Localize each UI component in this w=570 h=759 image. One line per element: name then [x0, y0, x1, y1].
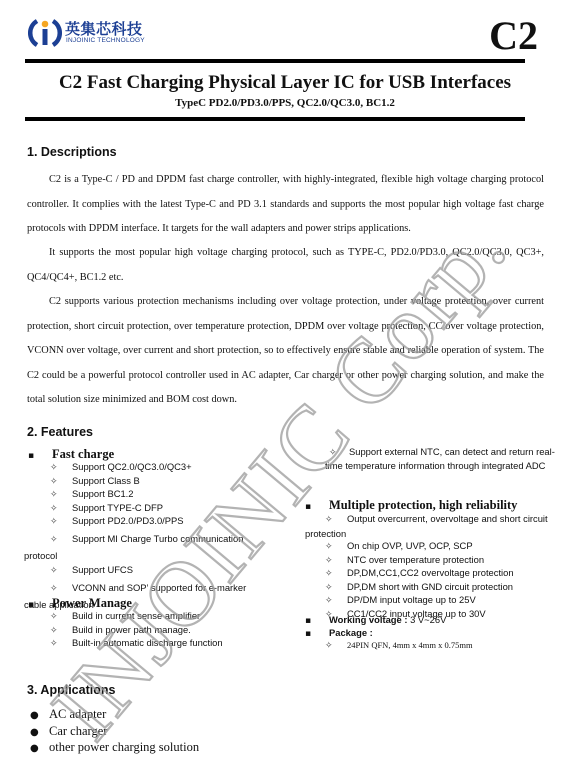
applications-list: ●AC adapter●Car charger●other power char…: [30, 707, 199, 757]
diamond-outline-icon: ✧: [325, 568, 347, 581]
diamond-outline-icon: ✧: [50, 625, 72, 638]
diamond-outline-icon: ✧: [325, 555, 347, 568]
feature-item: ✧Support PD2.0/PD3.0/PPS: [50, 515, 280, 529]
package-value: ✧24PIN QFN, 4mm x 4mm x 0.75mm: [325, 640, 473, 651]
section-heading-features: 2. Features: [27, 425, 93, 439]
diamond-outline-icon: ✧: [50, 462, 72, 475]
square-bullet-icon: ▪: [305, 502, 329, 512]
document-subtitle: TypeC PD2.0/PD3.0/PPS, QC2.0/QC3.0, BC1.…: [0, 97, 570, 109]
working-voltage: ▪Working voltage : 3 V~26V: [305, 614, 446, 626]
feature-item: ✧Support MI Charge Turbo communication p…: [24, 531, 268, 564]
diamond-outline-icon: ✧: [50, 489, 72, 502]
feature-item-ntc: ✧Support external NTC, can detect and re…: [325, 446, 555, 472]
feature-group-fast-charge: ▪Fast charge: [28, 447, 114, 462]
fast-charge-list: ✧Support QC2.0/QC3.0/QC3+✧Support Class …: [50, 461, 280, 613]
diamond-outline-icon: ✧: [50, 516, 72, 529]
feature-item: ✧Support UFCS: [50, 564, 280, 578]
feature-item: ✧On chip OVP, UVP, OCP, SCP: [325, 540, 555, 554]
power-manage-list: ✧Build in current sense amplifier✧Build …: [50, 610, 290, 651]
diamond-outline-icon: ✧: [50, 476, 72, 489]
multiple-protection-list: ✧Output overcurrent, overvoltage and sho…: [325, 512, 555, 622]
application-item: ●AC adapter: [30, 707, 199, 724]
diamond-outline-icon: ✧: [325, 595, 347, 608]
logo-name-cn: 英集芯科技: [65, 18, 143, 39]
document-title: C2 Fast Charging Physical Layer IC for U…: [0, 72, 570, 94]
bullet-dot-icon: ●: [30, 709, 49, 724]
description-paragraph-3: C2 supports various protection mechanism…: [27, 290, 544, 413]
square-bullet-icon: ▪: [305, 616, 329, 626]
feature-item: ✧Support Class B: [50, 475, 280, 489]
company-logo: 英集芯科技 INJOINIC TECHNOLOGY: [28, 16, 148, 50]
diamond-outline-icon: ✧: [50, 611, 72, 624]
square-bullet-icon: ▪: [28, 600, 52, 610]
diamond-outline-icon: ✧: [50, 638, 72, 651]
part-number: C2: [489, 14, 538, 58]
feature-item: ✧DP/DM input voltage up to 25V: [325, 594, 555, 608]
injoinic-logo-icon: [28, 16, 62, 50]
header-rule-bottom: [25, 117, 525, 121]
feature-item: ✧DP,DM short with GND circuit protection: [325, 581, 555, 595]
bullet-dot-icon: ●: [30, 726, 49, 741]
description-paragraph-2: It supports the most popular high voltag…: [27, 241, 544, 290]
application-item: ●Car charger: [30, 724, 199, 741]
diamond-outline-icon: ✧: [50, 503, 72, 516]
square-bullet-icon: ▪: [305, 629, 329, 639]
section-heading-descriptions: 1. Descriptions: [27, 145, 117, 159]
application-item: ●other power charging solution: [30, 740, 199, 757]
working-voltage-label: Working voltage :: [329, 614, 407, 625]
diamond-outline-icon: ✧: [50, 565, 72, 578]
feature-item: ✧Build in power path manage.: [50, 624, 290, 638]
diamond-outline-icon: ✧: [325, 582, 347, 595]
feature-item: ✧Support QC2.0/QC3.0/QC3+: [50, 461, 280, 475]
diamond-outline-icon: ✧: [325, 641, 347, 651]
section-heading-applications: 3. Applications: [27, 683, 115, 697]
package-label-row: ▪Package :: [305, 627, 373, 639]
diamond-outline-icon: ✧: [325, 447, 349, 460]
diamond-outline-icon: ✧: [325, 514, 347, 527]
square-bullet-icon: ▪: [28, 451, 52, 461]
feature-group-multiple-protection: ▪Multiple protection, high reliability: [305, 498, 517, 513]
feature-item: ✧DP,DM,CC1,CC2 overvoltage protection: [325, 567, 555, 581]
diamond-outline-icon: ✧: [325, 541, 347, 554]
diamond-outline-icon: ✧: [50, 532, 72, 548]
diamond-outline-icon: ✧: [50, 581, 72, 597]
feature-item: ✧Support TYPE-C DFP: [50, 502, 280, 516]
feature-item: ✧NTC over temperature protection: [325, 554, 555, 568]
package-label: Package :: [329, 627, 373, 638]
bullet-dot-icon: ●: [30, 742, 49, 757]
header-rule-top: [25, 59, 525, 63]
description-paragraph-1: C2 is a Type-C / PD and DPDM fast charge…: [27, 168, 544, 242]
logo-name-en: INJOINIC TECHNOLOGY: [66, 37, 145, 44]
feature-group-power-manage: ▪Power Manage: [28, 596, 132, 611]
feature-item: ✧Output overcurrent, overvoltage and sho…: [305, 512, 555, 540]
feature-item: ✧Support BC1.2: [50, 488, 280, 502]
working-voltage-value: 3 V~26V: [407, 614, 446, 625]
feature-item: ✧Built-in automatic discharge function: [50, 637, 290, 651]
feature-item: ✧Build in current sense amplifier: [50, 610, 290, 624]
